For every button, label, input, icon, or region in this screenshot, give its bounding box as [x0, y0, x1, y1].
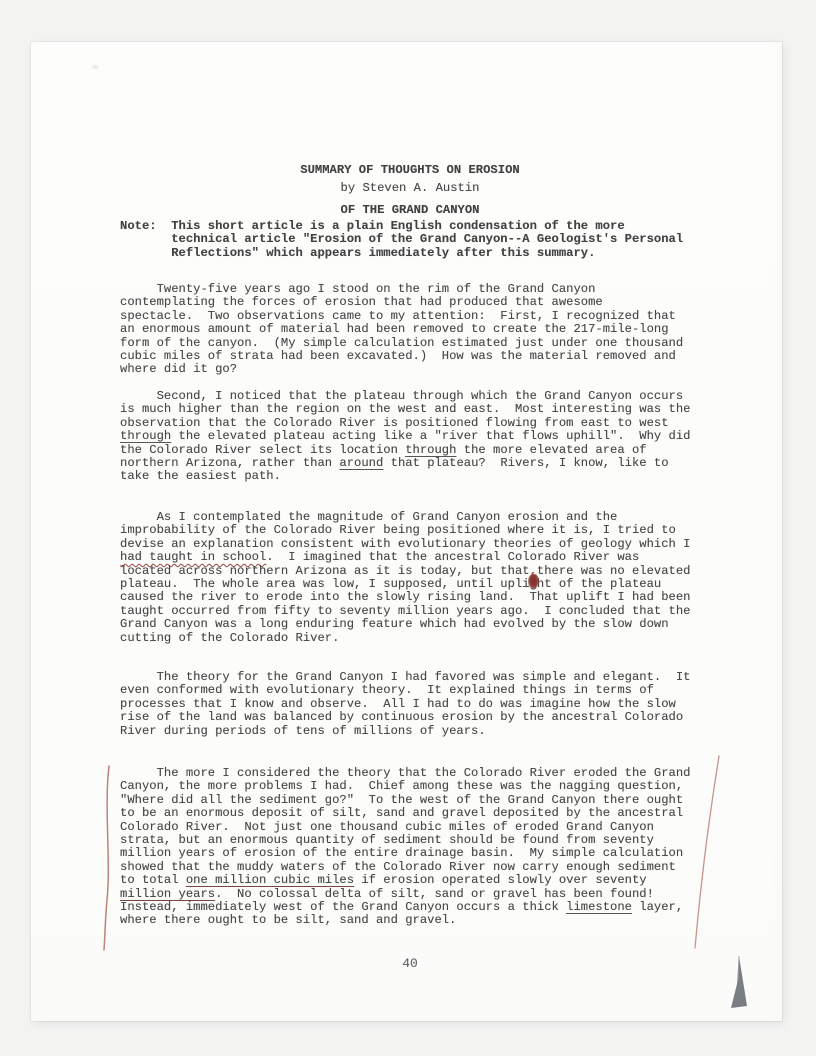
red-underline: million years — [120, 887, 215, 901]
paragraph-1: Twenty-five years ago I stood on the rim… — [120, 283, 732, 377]
typed-underline: around — [339, 456, 383, 470]
typed-underline: through — [120, 429, 171, 443]
red-wavy-underline: had taught in school — [120, 550, 266, 564]
document-page: SUMMARY OF THOUGHTS ON EROSION OF THE GR… — [31, 42, 782, 1021]
red-margin-line-left — [104, 766, 109, 950]
typed-underline: through — [405, 443, 456, 457]
red-underline: one million cubic miles — [186, 873, 354, 887]
paragraph-3: As I contemplated the magnitude of Grand… — [120, 511, 732, 645]
scan-background: { "doc": { "title_line1": "SUMMARY OF TH… — [0, 0, 816, 1056]
paragraph-5: The more I considered the theory that th… — [120, 767, 732, 928]
byline: by Steven A. Austin — [120, 182, 700, 195]
paragraph-2: Second, I noticed that the plateau throu… — [120, 390, 732, 484]
title-line-2: OF THE GRAND CANYON — [120, 204, 700, 217]
paragraph-4: The theory for the Grand Canyon I had fa… — [120, 671, 732, 738]
paper-smudge — [91, 64, 100, 70]
typed-underline: limestone — [566, 900, 632, 914]
page-number: 40 — [120, 957, 700, 970]
dark-corner-mark-tail — [738, 956, 739, 982]
title-line-1: SUMMARY OF THOUGHTS ON EROSION — [120, 164, 700, 177]
dark-corner-mark — [731, 956, 747, 1008]
note-block: Note: This short article is a plain Engl… — [120, 220, 732, 260]
red-ink-blot: g — [530, 577, 537, 591]
